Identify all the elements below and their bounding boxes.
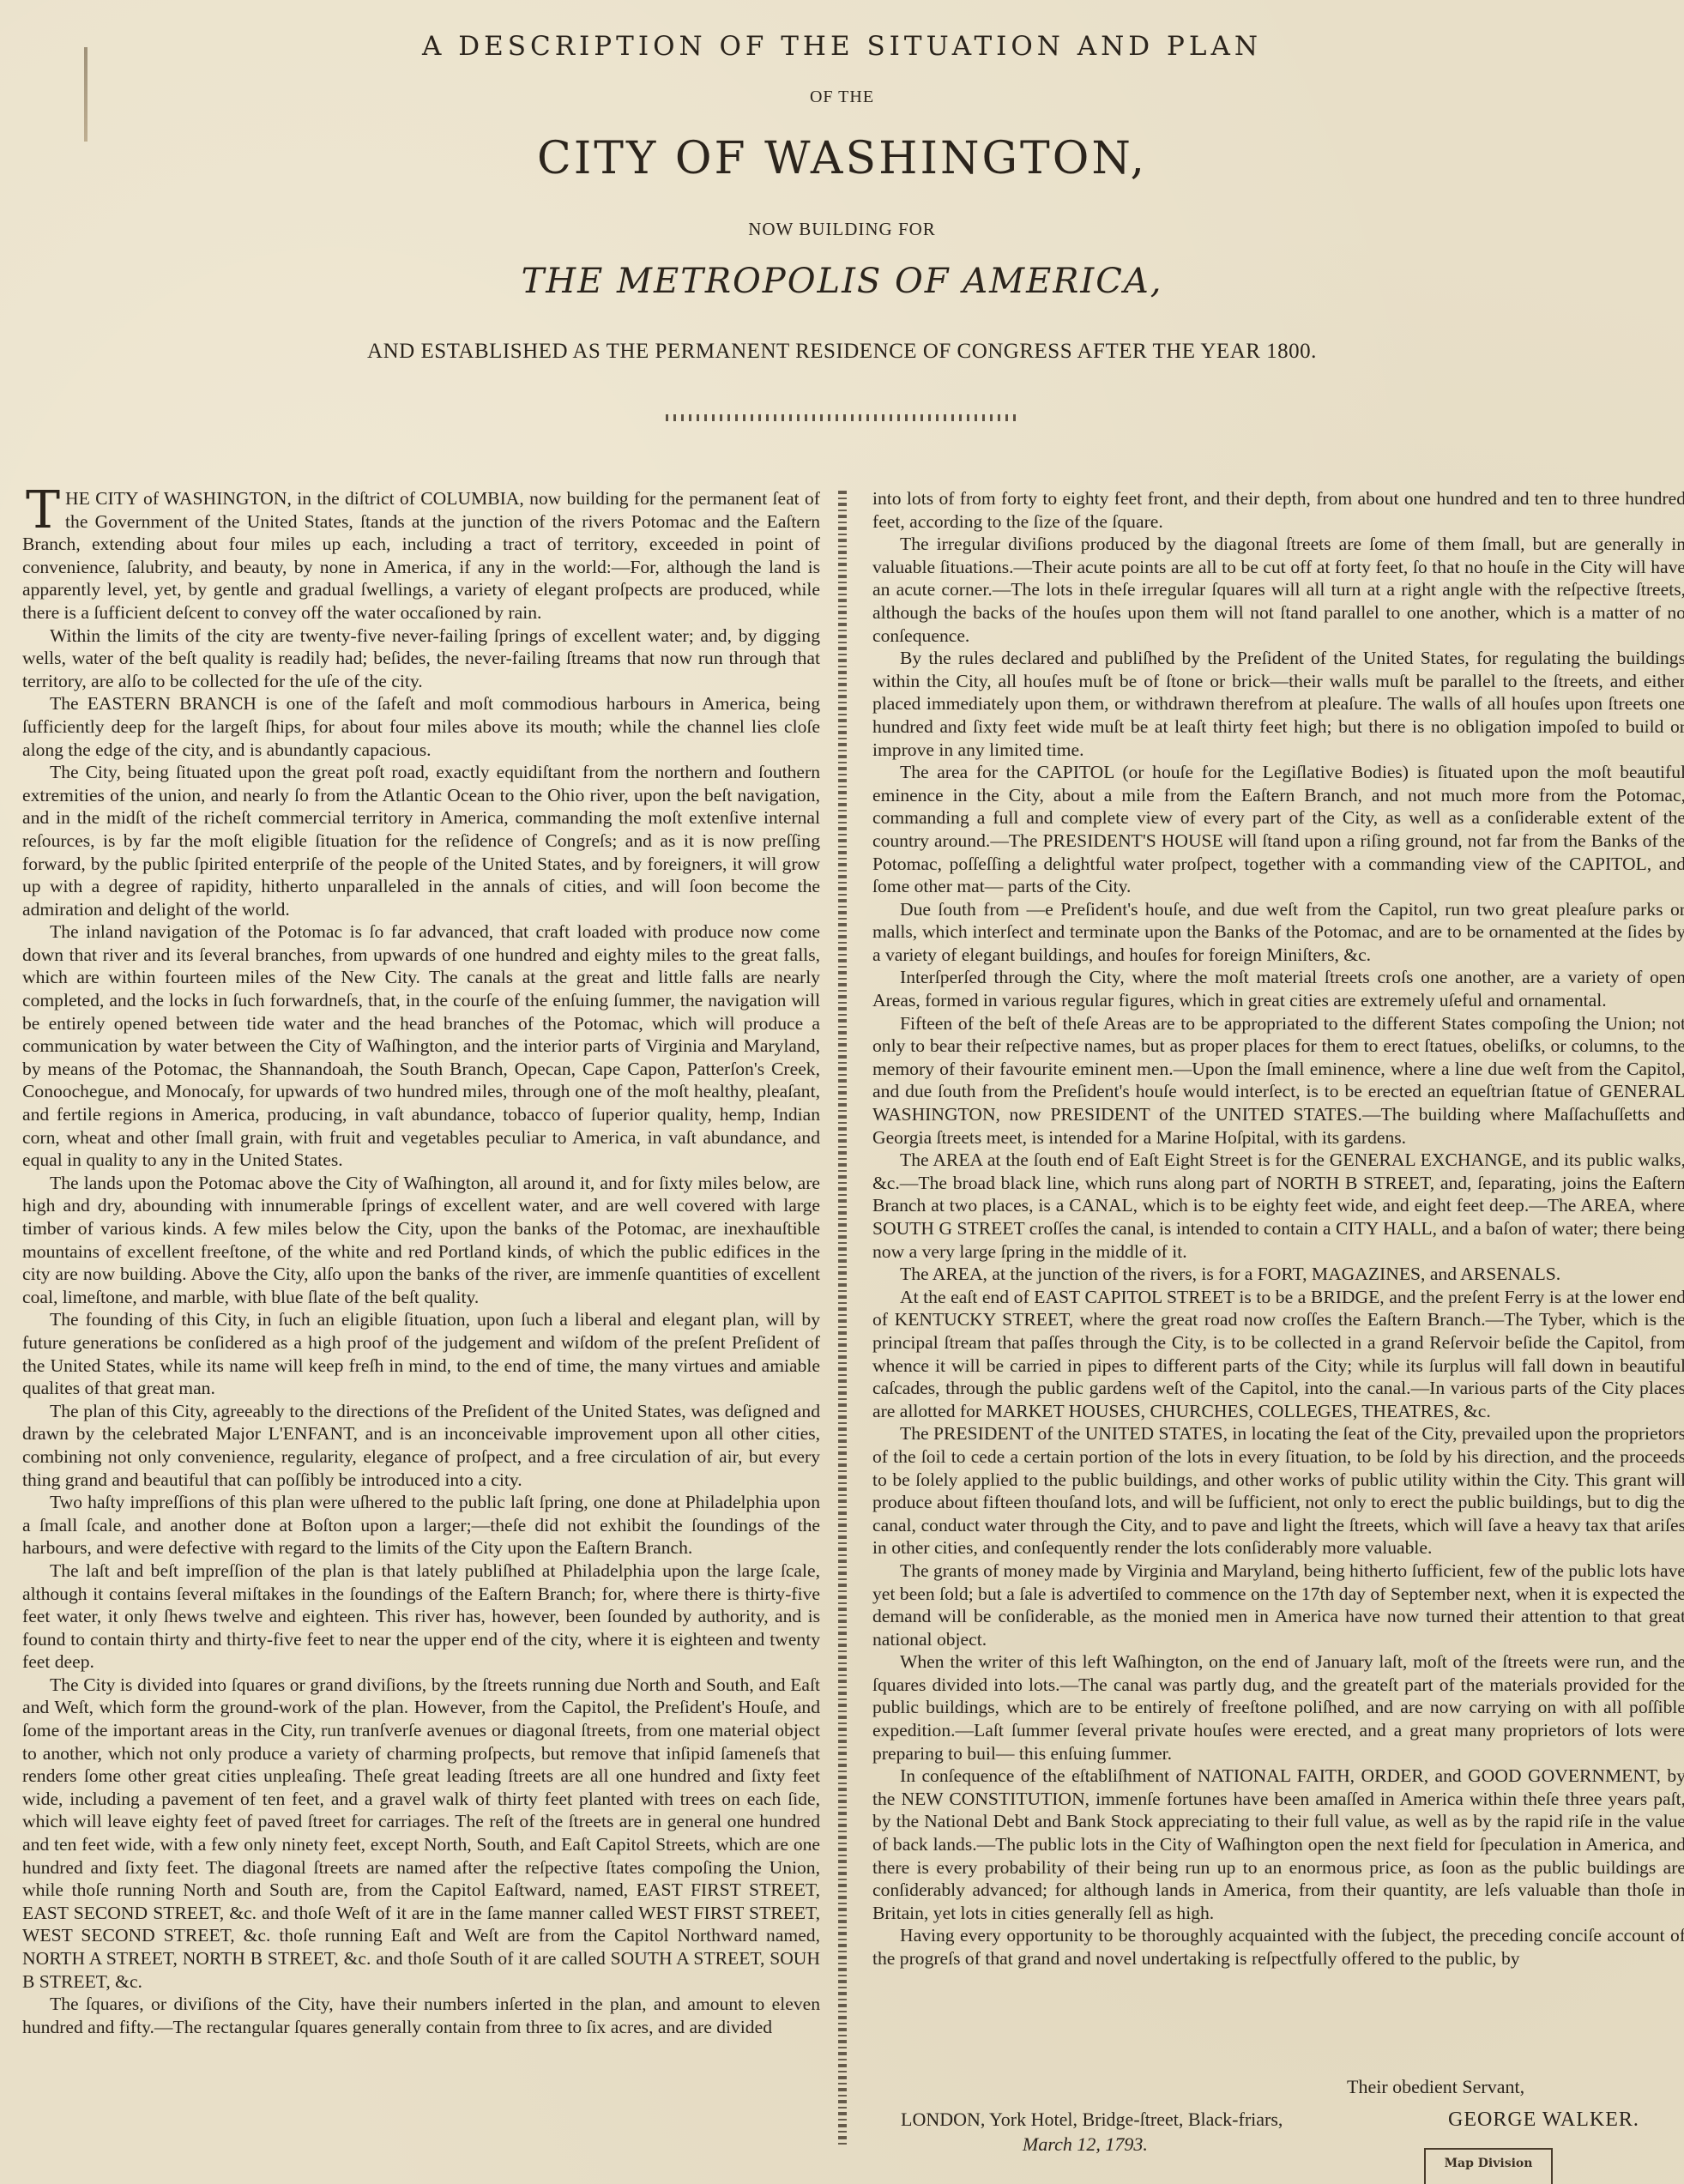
place-line: LONDON, York Hotel, Bridge-ſtreet, Black… — [901, 2109, 1283, 2131]
broadside-page: A DESCRIPTION OF THE SITUATION AND PLAN … — [0, 0, 1684, 2184]
paragraph: The ſquares, or diviſions of the City, h… — [22, 1993, 820, 2038]
title-line-established: AND ESTABLISHED AS THE PERMANENT RESIDEN… — [0, 340, 1684, 364]
leaf-rule-ornament-icon — [666, 409, 1021, 426]
paragraph: THE CITY of WASHINGTON, in the diſtrict … — [22, 487, 820, 624]
paragraph: The EASTERN BRANCH is one of the ſafeſt … — [22, 692, 820, 761]
paragraph: The area for the CAPITOL (or houſe for t… — [872, 761, 1684, 898]
paragraph: By the rules declared and publiſhed by t… — [872, 647, 1684, 761]
drop-cap: T — [26, 489, 60, 532]
right-column: into lots of from forty to eighty feet f… — [872, 487, 1684, 1970]
closing-salutation: Their obedient Servant, — [1347, 2076, 1524, 2098]
paragraph: The plan of this City, agreeably to the … — [22, 1400, 820, 1491]
page-title: CITY OF WASHINGTON, — [0, 133, 1684, 184]
date-line: March 12, 1793. — [1023, 2133, 1148, 2156]
chain-divider-ornament-icon — [838, 491, 847, 2146]
paragraph: The City, being ſituated upon the great … — [22, 761, 820, 920]
paragraph: The irregular diviſions produced by the … — [872, 533, 1684, 647]
paragraph: The AREA, at the junction of the rivers,… — [872, 1263, 1684, 1286]
author-signature: GEORGE WALKER. — [1448, 2109, 1639, 2132]
title-line-of-the: OF THE — [0, 87, 1684, 107]
paragraph: Having every opportunity to be thoroughl… — [872, 1924, 1684, 1970]
title-line-metropolis: THE METROPOLIS OF AMERICA, — [0, 262, 1684, 301]
paragraph: Fifteen of the beſt of theſe Areas are t… — [872, 1012, 1684, 1149]
paragraph: The AREA at the ſouth end of Eaſt Eight … — [872, 1149, 1684, 1263]
paragraph: The founding of this City, in ſuch an el… — [22, 1308, 820, 1399]
paragraph: When the writer of this left Waſhington,… — [872, 1650, 1684, 1765]
paragraph: into lots of from forty to eighty feet f… — [872, 487, 1684, 533]
paragraph: Due ſouth from —e Preſident's houſe, and… — [872, 898, 1684, 967]
paragraph: At the eaſt end of EAST CAPITOL STREET i… — [872, 1286, 1684, 1423]
paragraph: The lands upon the Potomac above the Cit… — [22, 1172, 820, 1309]
paragraph: The laſt and beſt impreſſion of the plan… — [22, 1560, 820, 1674]
paragraph: Interſperſed through the City, where the… — [872, 966, 1684, 1011]
map-division-stamp: Map Division — [1424, 2148, 1553, 2184]
paragraph: The City is divided into ſquares or gran… — [22, 1674, 820, 1993]
title-line-now-building: NOW BUILDING FOR — [0, 219, 1684, 240]
paragraph: Within the limits of the city are twenty… — [22, 624, 820, 693]
paragraph: The grants of money made by Virginia and… — [872, 1560, 1684, 1650]
paragraph: Two haſty impreſſions of this plan were … — [22, 1491, 820, 1560]
paragraph: In conſequence of the eſtabliſhment of N… — [872, 1765, 1684, 1924]
title-line-description: A DESCRIPTION OF THE SITUATION AND PLAN — [0, 31, 1684, 62]
paragraph: The inland navigation of the Potomac is … — [22, 920, 820, 1172]
left-column: THE CITY of WASHINGTON, in the diſtrict … — [22, 487, 820, 2038]
paragraph: The PRESIDENT of the UNITED STATES, in l… — [872, 1422, 1684, 1560]
